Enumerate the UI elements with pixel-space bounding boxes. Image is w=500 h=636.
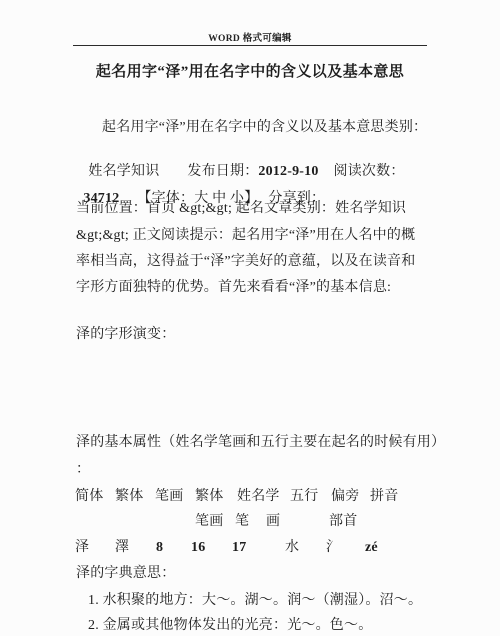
page-title: 起名用字“泽”用在名字中的含义以及基本意思 (0, 64, 500, 81)
value-strokes: 8 (156, 539, 163, 556)
dictionary-item-2: 2. 金属或其他物体发出的光亮：光～。色～。 (88, 617, 372, 634)
col-pinyin: 拼音 (370, 488, 398, 505)
value-radical: 氵 (326, 539, 340, 556)
value-five-elements: 水 (285, 539, 299, 556)
header-rule (73, 45, 427, 46)
value-traditional: 澤 (115, 539, 129, 556)
table-header-row-1: 简体 繁体 笔画 繁体 姓名学 五行 偏旁 拼音 (0, 488, 500, 505)
col-radical: 偏旁 (331, 488, 359, 505)
body-line-2: &gt;&gt; 正文阅读提示：起名用字“泽”用在人名中的概 (76, 227, 415, 244)
table-header-row-2: 笔画 笔 画 部首 (0, 513, 500, 530)
section-glyph-evolution: 泽的字形演变： (76, 326, 175, 343)
section-basic-attrs: 泽的基本属性（姓名学笔画和五行主要在起名的时候有用） (76, 434, 445, 451)
value-pinyin: zé (365, 539, 378, 556)
col-name-strokes: 姓名学 (237, 488, 280, 505)
col-simplified: 简体 (75, 488, 103, 505)
table-data-row: 泽 澤 8 16 17 水 氵 zé (0, 539, 500, 556)
read-count-label: 阅读次数： (334, 164, 405, 179)
col-traditional: 繁体 (115, 488, 143, 505)
value-simplified: 泽 (75, 539, 89, 556)
col-radical-2: 部首 (329, 513, 357, 530)
value-name-strokes: 17 (232, 539, 246, 556)
breadcrumb-line: 当前位置：首页 &gt;&gt; 起名文章类别：姓名学知识 (76, 200, 406, 217)
col-trad-strokes: 繁体 (195, 488, 223, 505)
section-basic-attrs-colon: ： (76, 461, 90, 478)
intro-line: 起名用字“泽”用在名字中的含义以及基本意思类别： (102, 119, 427, 136)
section-dictionary: 泽的字典意思： (76, 565, 175, 582)
body-line-4: 字形方面独特的优势。首先来看看“泽”的基本信息: (76, 279, 391, 296)
col-trad-strokes-2: 笔画 (195, 513, 223, 530)
value-trad-strokes: 16 (191, 539, 205, 556)
col-five-elements: 五行 (290, 488, 318, 505)
col-strokes: 笔画 (155, 488, 183, 505)
dictionary-item-1: 1. 水积聚的地方：大～。湖～。润～（潮湿）。沼～。 (88, 592, 422, 609)
col-name-strokes-2a: 笔 (235, 513, 249, 530)
col-name-strokes-2b: 画 (266, 513, 280, 530)
body-line-3: 率相当高，这得益于“泽”字美好的意蕴，以及在读音和 (76, 253, 415, 270)
